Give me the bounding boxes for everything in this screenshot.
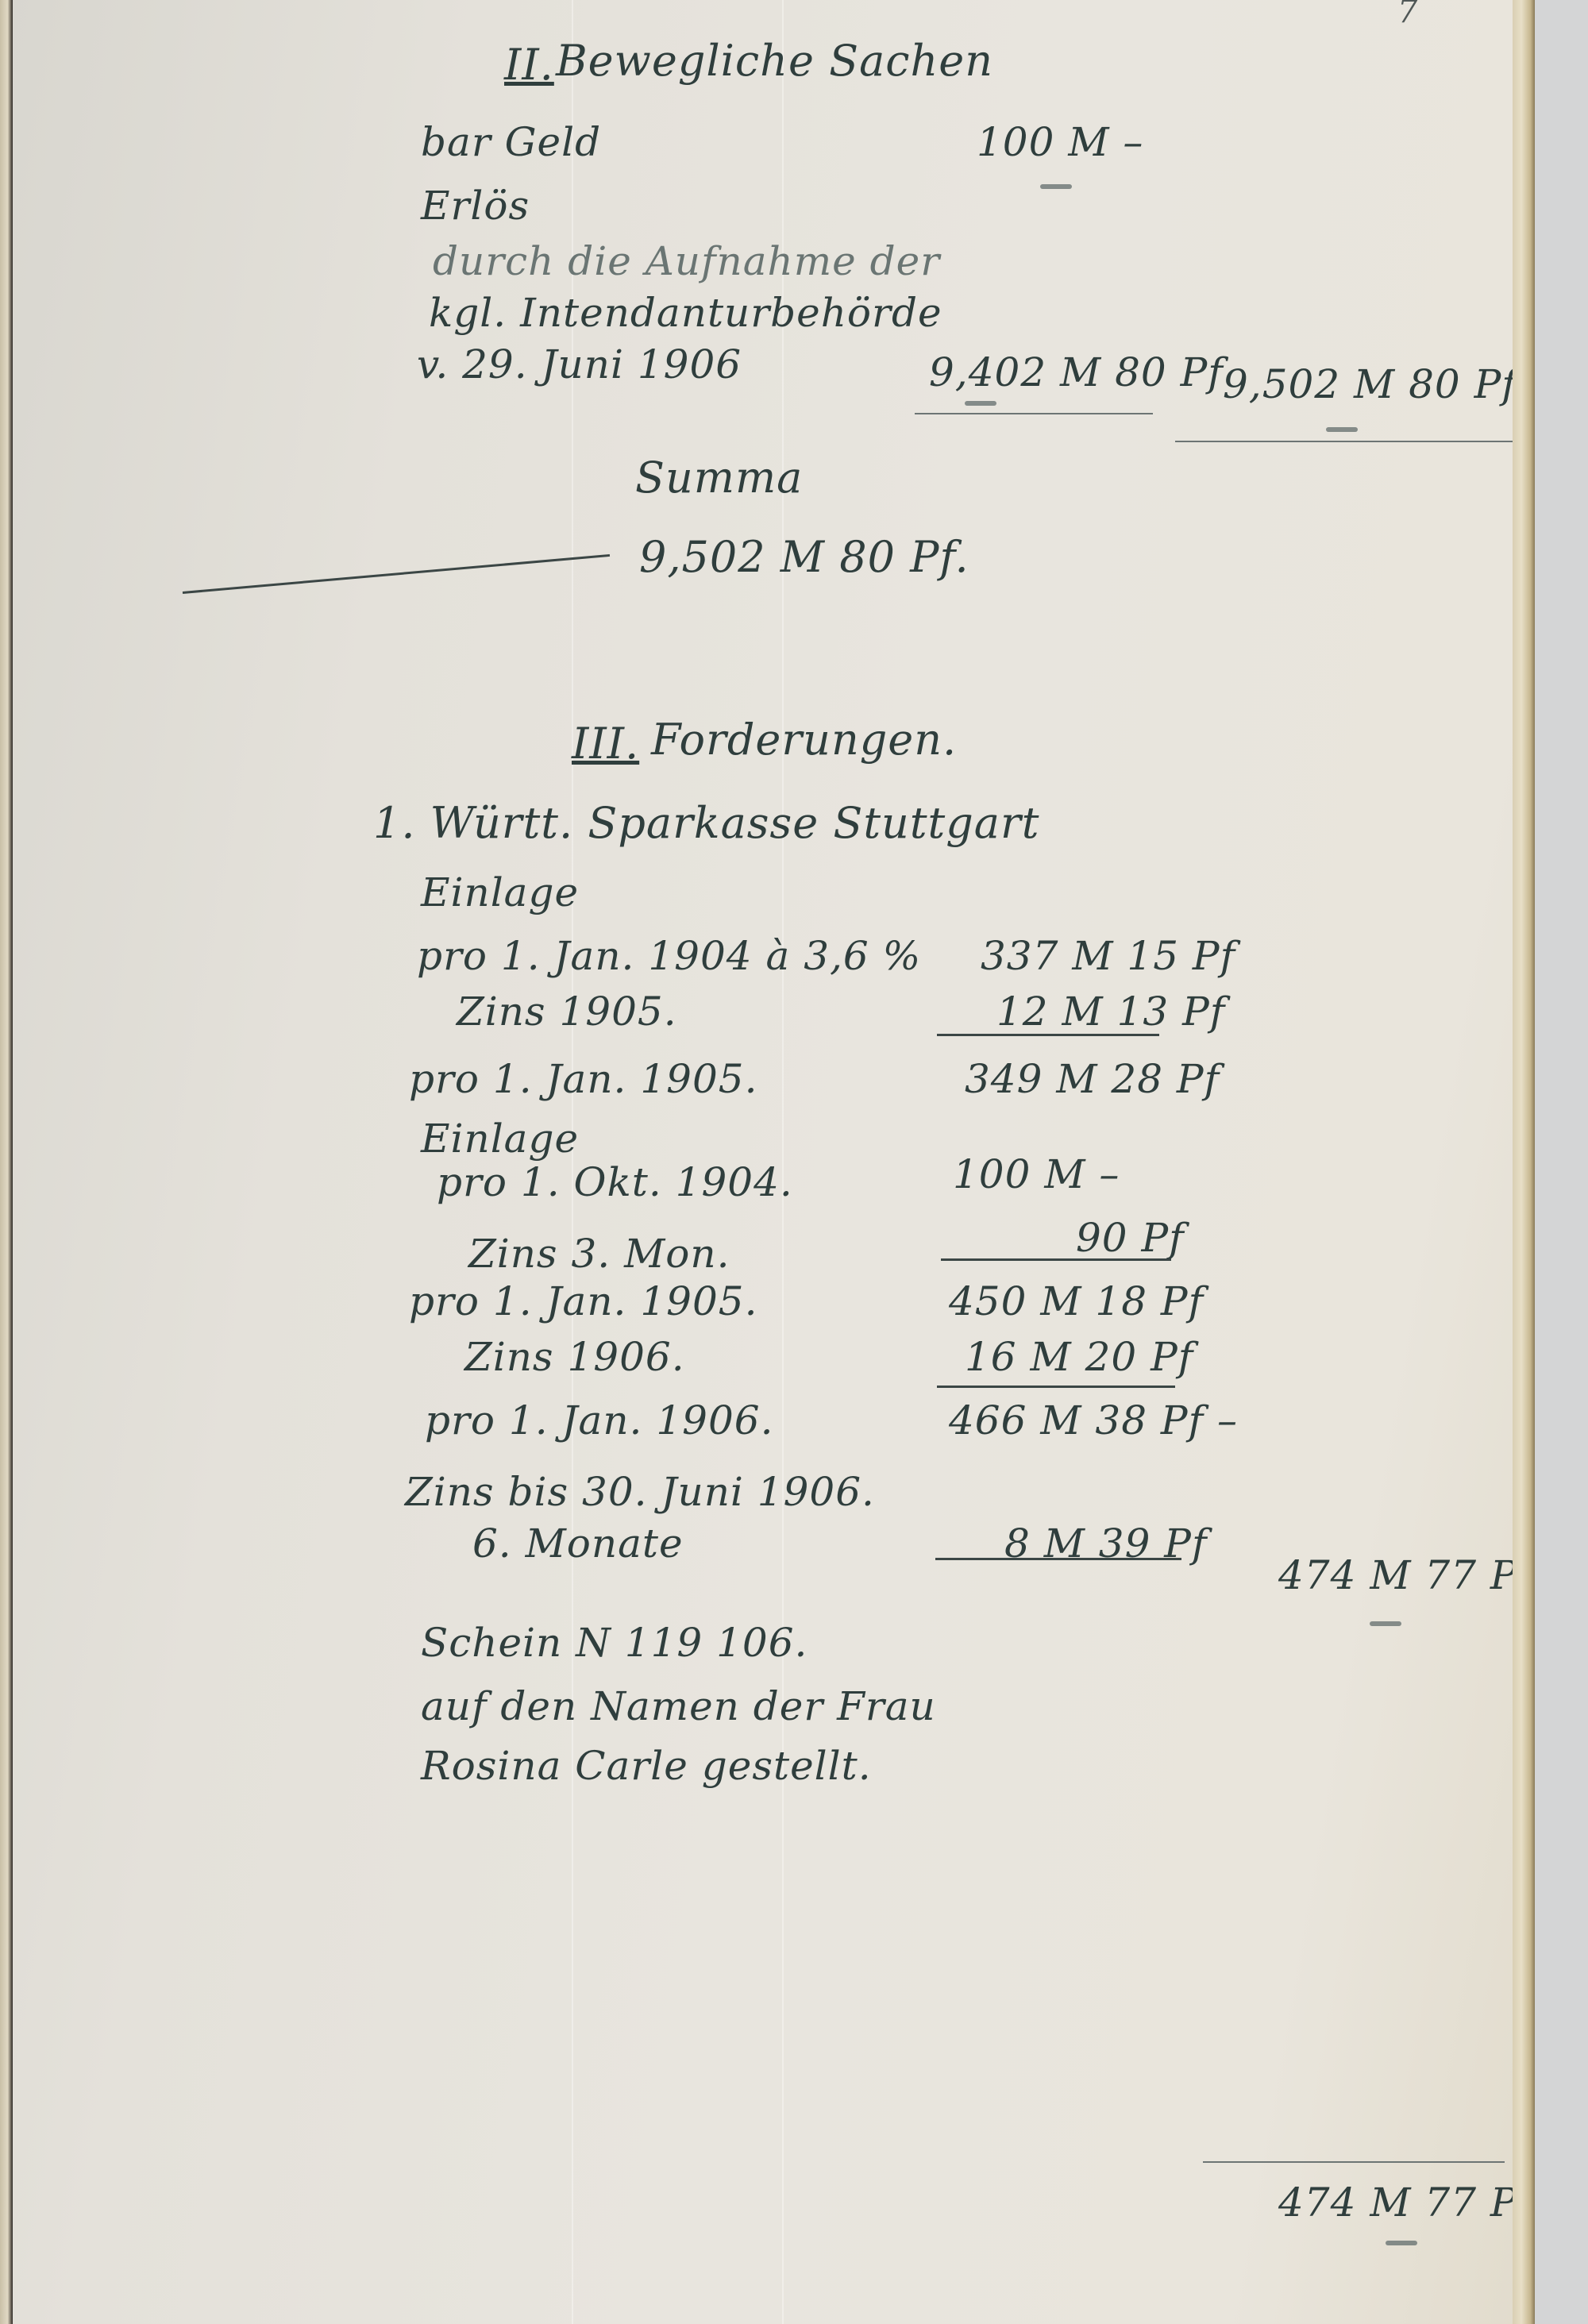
sum-line: [937, 1034, 1159, 1036]
row-label: Zins 1906.: [464, 1334, 685, 1380]
row-amount: 12 M 13 Pf: [996, 989, 1225, 1035]
row-label: pro 1. Jan. 1904 à 3,6 %: [417, 933, 921, 979]
ledger-page: 7 II. Bewegliche Sachen bar Geld 100 M –…: [0, 0, 1513, 2324]
check-mark: [1370, 1621, 1401, 1626]
underline: [915, 413, 1153, 414]
note-line: Rosina Carle gestellt.: [421, 1743, 872, 1789]
row-amount: 337 M 15 Pf: [981, 933, 1235, 979]
row-label: bar Geld: [421, 119, 601, 165]
sum-line: [935, 1558, 1181, 1560]
row-label: 6. Monate: [472, 1520, 684, 1567]
closing-stroke: [183, 554, 610, 594]
footer-rule: [1203, 2161, 1505, 2163]
row-label: v. 29. Juni 1906: [417, 341, 742, 387]
row-amount: 466 M 38 Pf –: [949, 1397, 1238, 1443]
check-mark: [965, 401, 996, 406]
binding-spine: [0, 0, 13, 2324]
row-amount: 349 M 28 Pf: [965, 1056, 1220, 1102]
row-label: pro 1. Jan. 1905.: [409, 1056, 758, 1102]
row-label: Zins 3. Mon.: [468, 1231, 730, 1277]
sum-line: [941, 1258, 1171, 1261]
row-amount: 90 Pf: [1076, 1215, 1185, 1261]
sum-line: [937, 1386, 1175, 1388]
row-label: Zins bis 30. Juni 1906.: [405, 1469, 875, 1515]
item-title: 1. Württ. Sparkasse Stuttgart: [373, 798, 1040, 848]
row-amount: 9,402 M 80 Pf: [929, 349, 1224, 395]
carry-total: 474 M 77 Pf: [1278, 2179, 1533, 2226]
row-label: Zins 1905.: [457, 989, 677, 1035]
underline: [1175, 441, 1517, 442]
section-ii-numeral: II.: [504, 40, 554, 90]
row-label: Einlage: [421, 869, 579, 915]
row-label: pro 1. Okt. 1904.: [437, 1159, 793, 1205]
row-amount: 16 M 20 Pf: [965, 1334, 1193, 1380]
row-label: Erlös: [421, 183, 530, 229]
row-label: Einlage: [421, 1116, 579, 1162]
row-label: pro 1. Jan. 1905.: [409, 1278, 758, 1324]
section-iii-numeral: III.: [572, 719, 639, 769]
row-amount: 100 M –: [953, 1151, 1120, 1197]
section-iii-heading: Forderungen.: [651, 715, 957, 765]
column-total: 474 M 77 Pf: [1278, 1552, 1533, 1598]
summa-amount: 9,502 M 80 Pf.: [639, 532, 969, 582]
row-label: pro 1. Jan. 1906.: [425, 1397, 774, 1443]
row-amount: 100 M –: [977, 119, 1143, 165]
page-number: 7: [1397, 0, 1417, 30]
check-mark: [1326, 427, 1358, 432]
row-label: kgl. Intendanturbehörde: [429, 290, 942, 336]
note-line: auf den Namen der Frau: [421, 1683, 936, 1729]
summa-label: Summa: [635, 453, 803, 503]
note-line: Schein N 119 106.: [421, 1620, 807, 1666]
page-edge: [1513, 0, 1535, 2324]
column-total: 9,502 M 80 Pf: [1223, 361, 1517, 407]
row-amount: 450 M 18 Pf: [949, 1278, 1204, 1324]
section-ii-heading: Bewegliche Sachen: [556, 36, 993, 86]
check-mark: [1386, 2241, 1417, 2245]
background: [1535, 0, 1588, 2324]
row-label: durch die Aufnahme der: [433, 238, 940, 284]
check-mark: [1040, 184, 1072, 189]
